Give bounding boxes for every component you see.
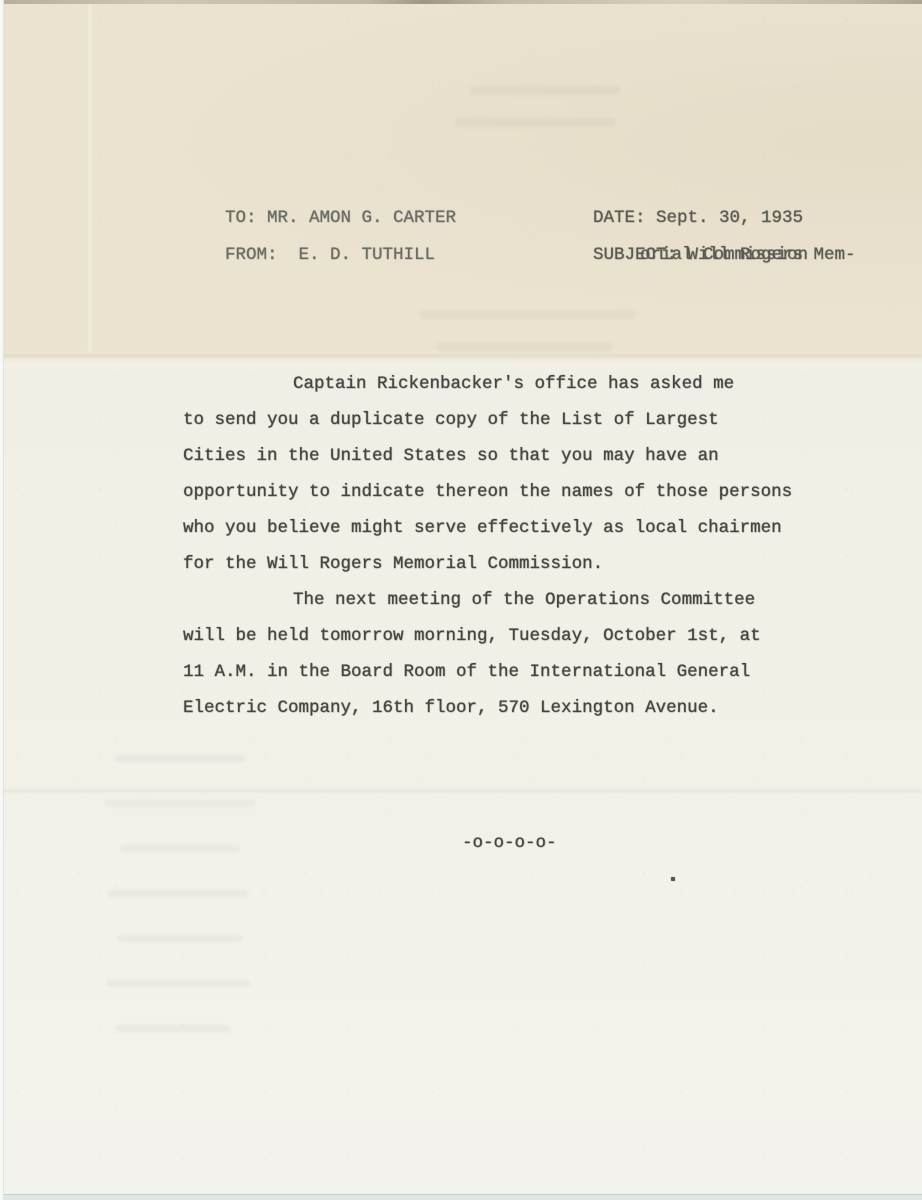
bleed-through-smudge — [437, 342, 612, 351]
subject-value-line2: orial Commission — [640, 244, 808, 266]
bleed-through-smudge — [118, 935, 243, 942]
bleed-through-smudge — [106, 980, 251, 987]
from-label: FROM: — [225, 245, 278, 265]
bleed-through-smudge — [115, 755, 245, 762]
bleed-through-smudge — [120, 845, 240, 852]
body-line: who you believe might serve effectively … — [183, 510, 823, 546]
vertical-fold-crease — [89, 4, 91, 352]
body-line: Cities in the United States so that you … — [183, 438, 823, 474]
horizontal-fold-crease-upper — [0, 355, 922, 357]
body-line: 11 A.M. in the Board Room of the Interna… — [183, 654, 823, 690]
body-line: will be held tomorrow morning, Tuesday, … — [183, 618, 823, 654]
memo-body: Captain Rickenbacker's office has asked … — [183, 366, 823, 726]
body-line: for the Will Rogers Memorial Commission. — [183, 546, 823, 582]
ink-speck — [671, 877, 675, 881]
bleed-through-smudge — [470, 86, 620, 95]
body-line: to send you a duplicate copy of the List… — [183, 402, 823, 438]
scan-left-edge — [0, 0, 4, 1200]
body-line: Captain Rickenbacker's office has asked … — [183, 366, 823, 402]
scanned-memo-page: TO:MR. AMON G. CARTER DATE:Sept. 30, 193… — [0, 0, 922, 1200]
scan-bottom-edge — [0, 1194, 922, 1200]
bleed-through-smudge — [115, 1025, 230, 1032]
bleed-through-smudge — [108, 890, 248, 897]
bleed-through-smudge — [105, 800, 255, 807]
scan-top-edge — [0, 0, 922, 4]
body-line: opportunity to indicate thereon the name… — [183, 474, 823, 510]
closing-mark: -o-o-o-o- — [462, 832, 557, 854]
body-line: The next meeting of the Operations Commi… — [183, 582, 823, 618]
memo-from-row: FROM:E. D. TUTHILL — [183, 222, 435, 288]
horizontal-fold-crease-lower — [0, 790, 922, 792]
bleed-through-smudge — [420, 310, 635, 319]
body-line: Electric Company, 16th floor, 570 Lexing… — [183, 690, 823, 726]
paper-shading — [0, 0, 922, 356]
bleed-through-smudge — [455, 118, 615, 127]
from-value: E. D. TUTHILL — [299, 245, 436, 265]
